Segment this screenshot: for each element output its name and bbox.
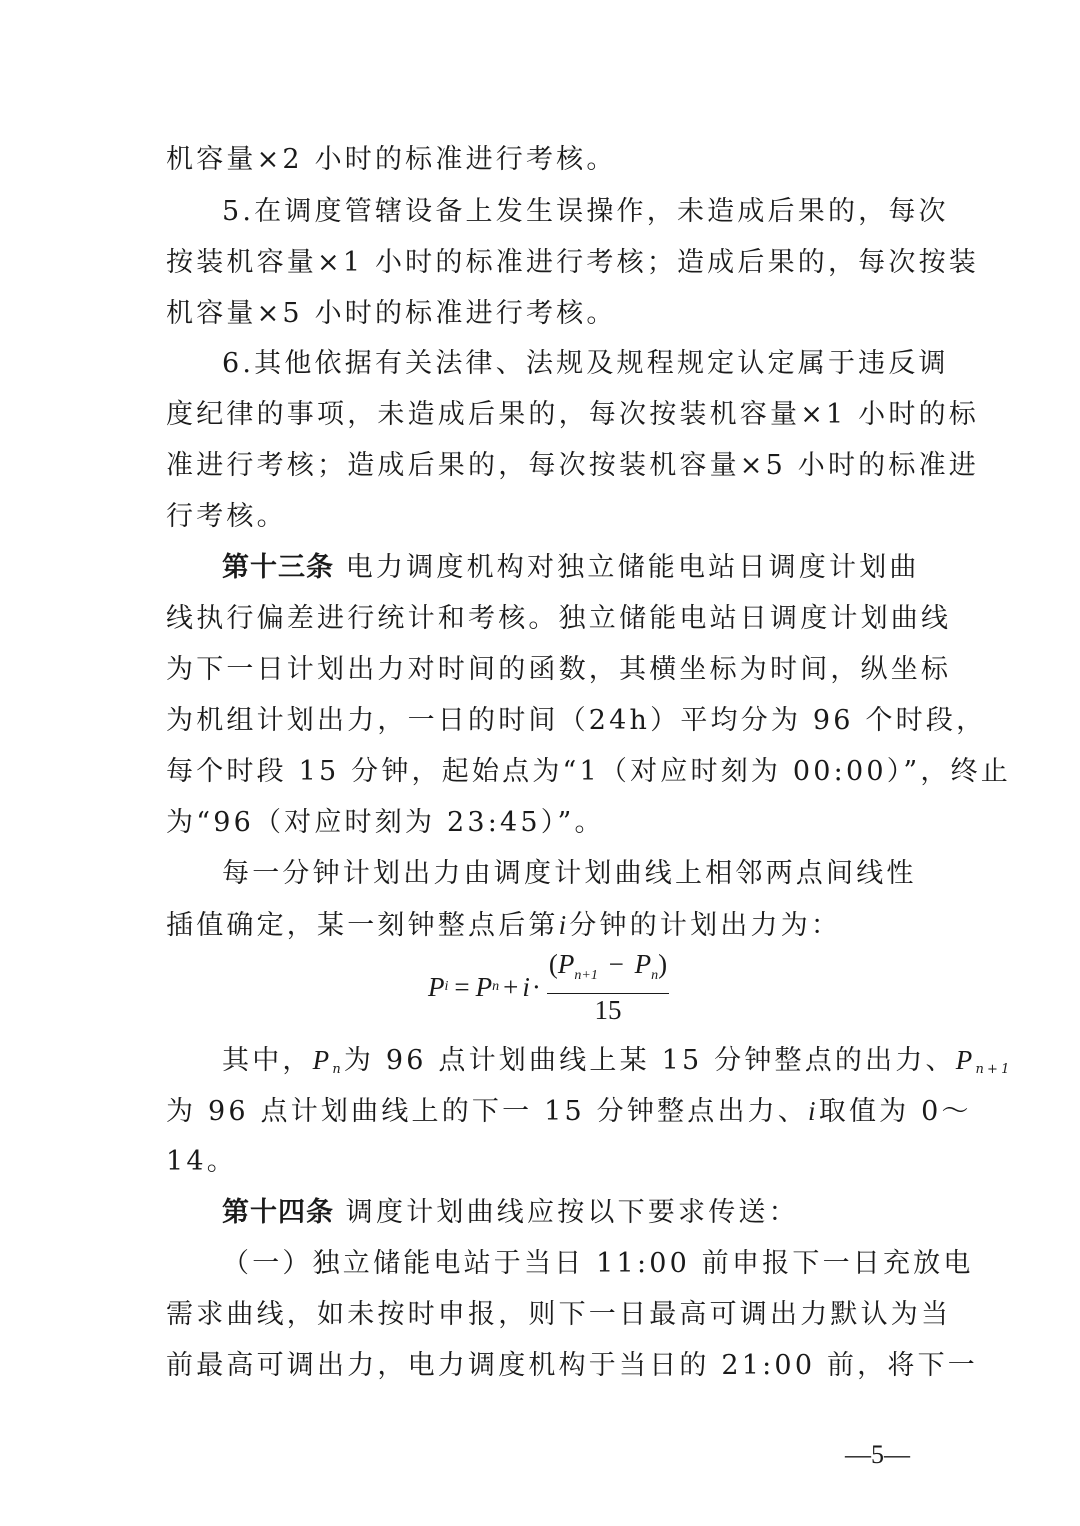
article-14-line-3: 需求曲线，如未按时申报，则下一日最高可调出力默认为当 — [166, 1297, 916, 1333]
formula-denominator: 15 — [594, 994, 621, 1026]
paren-open: ( — [549, 949, 558, 979]
interpolation-text-a: 插值确定，某一刻钟整点后第 — [166, 910, 559, 941]
article-14-text: 调度计划曲线应按以下要求传送： — [346, 1197, 799, 1228]
article-13-line-2: 线执行偏差进行统计和考核。独立储能电站日调度计划曲线 — [166, 601, 916, 637]
interpolation-formula: Pi = Pn + i · (Pn+1 − Pn) 15 — [428, 952, 669, 1022]
article-13-line-4: 为机组计划出力，一日的时间（24h）平均分为 96 个时段， — [166, 703, 916, 739]
var-pn1-sub: n+1 — [975, 1062, 1012, 1077]
formula-pn2: P — [635, 949, 652, 979]
interpolation-text-b: 分钟的计划出力为： — [569, 910, 841, 941]
item-5-line-2: 按装机容量×1 小时的标准进行考核；造成后果的，每次按装 — [166, 245, 916, 281]
variable-i: i — [559, 910, 570, 940]
text-line: 机容量×2 小时的标准进行考核。 — [166, 142, 916, 178]
article-14-line-4: 前最高可调出力，电力调度机构于当日的 21:00 前，将下一 — [166, 1348, 916, 1384]
where-text-b: 取值为 0～ — [819, 1096, 972, 1127]
page-number: —5— — [845, 1440, 910, 1470]
formula-numerator: (Pn+1 − Pn) — [547, 949, 669, 994]
formula-fraction: (Pn+1 − Pn) 15 — [547, 949, 669, 1026]
article-13-line-6: 为“96（对应时刻为 23:45）”。 — [166, 805, 916, 841]
where-line-2: 为 96 点计划曲线上的下一 15 分钟整点出力、i取值为 0～ — [166, 1093, 916, 1129]
formula-pn1-sub: n+1 — [574, 968, 597, 983]
item-5-line-1: 5.在调度管辖设备上发生误操作，未造成后果的，每次 — [222, 194, 916, 230]
var-pn: P — [313, 1045, 333, 1075]
formula-i: i — [522, 972, 530, 1003]
var-pn-sub: n — [332, 1062, 344, 1077]
interpolation-line-1: 每一分钟计划出力由调度计划曲线上相邻两点间线性 — [222, 856, 916, 892]
item-6-line-2: 度纪律的事项，未造成后果的，每次按装机容量×1 小时的标 — [166, 397, 916, 433]
where-line-1: 其中，Pn为 96 点计划曲线上某 15 分钟整点的出力、Pn+1 — [222, 1042, 916, 1078]
interpolation-line-2: 插值确定，某一刻钟整点后第i分钟的计划出力为： — [166, 907, 916, 943]
where-prefix: 其中， — [222, 1045, 313, 1076]
item-6-line-4: 行考核。 — [166, 499, 916, 535]
item-6-line-1: 6.其他依据有关法律、法规及规程规定认定属于违反调 — [222, 346, 916, 382]
article-13-line-5: 每个时段 15 分钟，起始点为“1（对应时刻为 00:00）”，终止 — [166, 754, 916, 790]
article-13-text: 电力调度机构对独立储能电站日调度计划曲 — [346, 552, 920, 583]
paren-close: ) — [658, 949, 667, 979]
formula-lhs: P — [428, 972, 445, 1003]
where-line-3: 14。 — [166, 1144, 916, 1180]
formula-pn: P — [476, 972, 493, 1003]
where-text-a: 为 96 点计划曲线上的下一 15 分钟整点出力、 — [166, 1096, 808, 1127]
formula-pn2-sub: n — [651, 968, 658, 983]
formula-equals: = — [454, 972, 469, 1003]
document-page: 机容量×2 小时的标准进行考核。 5.在调度管辖设备上发生误操作，未造成后果的，… — [0, 0, 1080, 1526]
formula-pn-sub: n — [492, 979, 499, 995]
article-13-line-1: 第十三条 电力调度机构对独立储能电站日调度计划曲 — [222, 550, 916, 586]
formula-lhs-sub: i — [445, 979, 449, 995]
article-14-heading: 第十四条 — [222, 1197, 334, 1228]
formula-minus: − — [609, 949, 624, 979]
formula-plus: + — [503, 972, 518, 1003]
var-pn1: P — [956, 1045, 976, 1075]
item-5-line-3: 机容量×5 小时的标准进行考核。 — [166, 296, 916, 332]
article-14-line-1: 第十四条 调度计划曲线应按以下要求传送： — [222, 1195, 916, 1231]
item-6-line-3: 准进行考核；造成后果的，每次按装机容量×5 小时的标准进 — [166, 448, 916, 484]
formula-dot: · — [532, 972, 541, 1003]
formula-pn1: P — [558, 949, 575, 979]
article-13-heading: 第十三条 — [222, 552, 334, 583]
where-mid: 为 96 点计划曲线上某 15 分钟整点的出力、 — [344, 1045, 956, 1076]
var-i: i — [808, 1096, 819, 1126]
article-14-line-2: （一）独立储能电站于当日 11:00 前申报下一日充放电 — [222, 1246, 916, 1282]
article-13-line-3: 为下一日计划出力对时间的函数，其横坐标为时间，纵坐标 — [166, 652, 916, 688]
